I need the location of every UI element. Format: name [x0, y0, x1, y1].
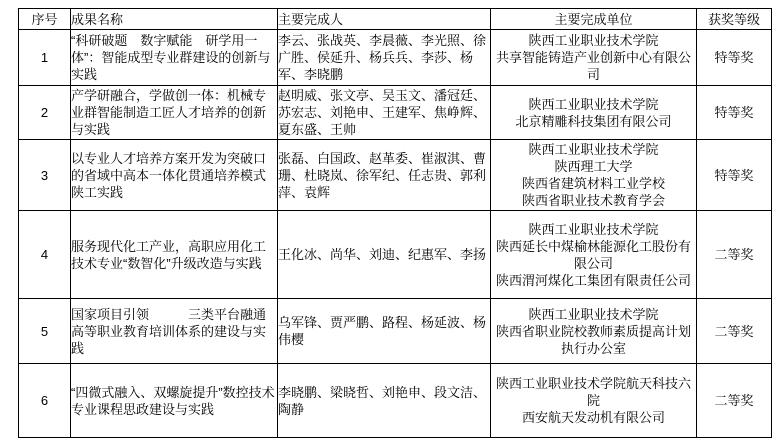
cell-name: 产学研融合，学做创一体：机械专业群智能制造工匠人才培养的创新与实践 [71, 86, 278, 140]
cell-no: 6 [19, 364, 71, 438]
cell-name: “科研破题 数字赋能 研学用一体”：智能成型专业群建设的创新与实践 [71, 30, 278, 86]
cell-award: 特等奖 [697, 86, 772, 140]
cell-contributors: 李晓鹏、梁晓哲、刘艳申、段文洁、陶静 [278, 364, 491, 438]
cell-units: 陕西工业职业技术学院航天科技六院 西安航天发动机有限公司 [491, 364, 697, 438]
cell-award: 二等奖 [697, 299, 772, 364]
table-row: 2 产学研融合，学做创一体：机械专业群智能制造工匠人才培养的创新与实践 赵明威、… [19, 86, 772, 140]
cell-units: 陕西工业职业技术学院 北京精雕科技集团有限公司 [491, 86, 697, 140]
cell-units: 陕西工业职业技术学院 陕西省职业院校教师素质提高计划执行办公室 [491, 299, 697, 364]
cell-award: 二等奖 [697, 211, 772, 299]
col-header-award: 获奖等级 [697, 9, 772, 30]
cell-award: 特等奖 [697, 30, 772, 86]
cell-contributors: 李云、张战英、李晨薇、李光照、徐广胜、侯延升、杨兵兵、李莎、杨军、李晓鹏 [278, 30, 491, 86]
cell-no: 5 [19, 299, 71, 364]
col-header-name: 成果名称 [71, 9, 278, 30]
col-header-contributors: 主要完成人 [278, 9, 491, 30]
table-row: 6 “四微式融入、双螺旋提升”数控技术专业课程思政建设与实践 李晓鹏、梁晓哲、刘… [19, 364, 772, 438]
table-row: 4 服务现代化工产业，高职应用化工技术专业“数智化”升级改造与实践 王化冰、尚华… [19, 211, 772, 299]
cell-units: 陕西工业职业技术学院 陕西延长中煤榆林能源化工股份有限公司 陕西渭河煤化工集团有… [491, 211, 697, 299]
cell-no: 2 [19, 86, 71, 140]
awards-table-container: 序号 成果名称 主要完成人 主要完成单位 获奖等级 1 “科研破题 数字赋能 研… [18, 8, 772, 438]
table-row: 5 国家项目引领 三类平台融通 高等职业教育培训体系的建设与实践 乌军锋、贾严鹏… [19, 299, 772, 364]
cell-contributors: 乌军锋、贾严鹏、路程、杨延波、杨伟樱 [278, 299, 491, 364]
cell-units: 陕西工业职业技术学院 陕西理工大学 陕西省建筑材料工业学校 陕西省职业技术教育学… [491, 140, 697, 211]
cell-contributors: 王化冰、尚华、刘迪、纪惠军、李扬 [278, 211, 491, 299]
header-row: 序号 成果名称 主要完成人 主要完成单位 获奖等级 [19, 9, 772, 30]
col-header-no: 序号 [19, 9, 71, 30]
cell-no: 3 [19, 140, 71, 211]
cell-units: 陕西工业职业技术学院 共享智能铸造产业创新中心有限公司 [491, 30, 697, 86]
table-row: 1 “科研破题 数字赋能 研学用一体”：智能成型专业群建设的创新与实践 李云、张… [19, 30, 772, 86]
cell-no: 1 [19, 30, 71, 86]
cell-contributors: 赵明威、张文亭、吴玉文、潘冠廷、苏宏志、刘艳申、王建军、焦峥辉、夏东盛、王帅 [278, 86, 491, 140]
cell-contributors: 张磊、白国政、赵革委、崔淑淇、曹珊、杜晓岚、徐军纪、任志贵、郭利萍、袁辉 [278, 140, 491, 211]
cell-name: 服务现代化工产业，高职应用化工技术专业“数智化”升级改造与实践 [71, 211, 278, 299]
cell-award: 二等奖 [697, 364, 772, 438]
cell-name: 以专业人才培养方案开发为突破口的省域中高本一体化贯通培养模式陕工实践 [71, 140, 278, 211]
cell-award: 特等奖 [697, 140, 772, 211]
cell-name: “四微式融入、双螺旋提升”数控技术专业课程思政建设与实践 [71, 364, 278, 438]
table-row: 3 以专业人才培养方案开发为突破口的省域中高本一体化贯通培养模式陕工实践 张磊、… [19, 140, 772, 211]
awards-table: 序号 成果名称 主要完成人 主要完成单位 获奖等级 1 “科研破题 数字赋能 研… [18, 8, 772, 438]
col-header-units: 主要完成单位 [491, 9, 697, 30]
cell-no: 4 [19, 211, 71, 299]
cell-name: 国家项目引领 三类平台融通 高等职业教育培训体系的建设与实践 [71, 299, 278, 364]
